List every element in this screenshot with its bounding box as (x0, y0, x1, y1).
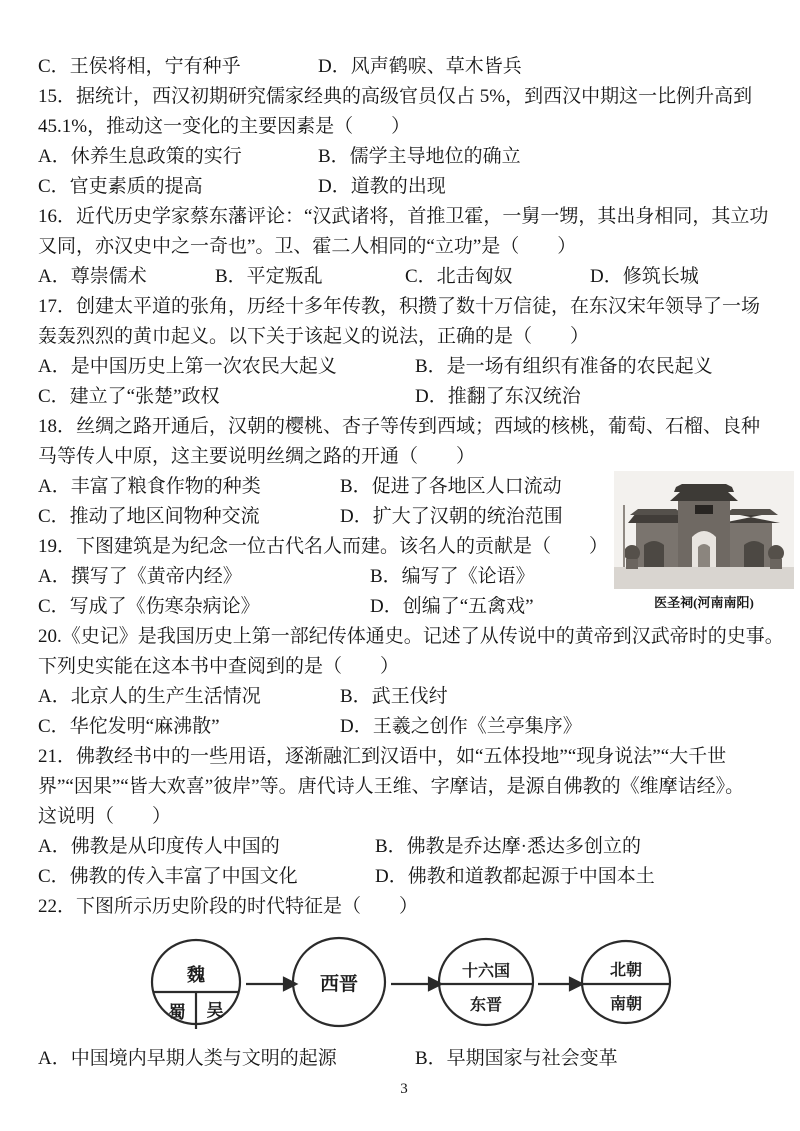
q21-options-ab: A．佛教是从印度传人中国的B．佛教是乔达摩·悉达多创立的 (38, 832, 770, 862)
diagram-label-northern-dynasties: 北朝 (610, 961, 642, 979)
diagram-label-sixteen-kingdoms: 十六国 (462, 961, 510, 980)
diagram-label-southern-dynasties: 南朝 (610, 994, 642, 1013)
q17-option-b: B．是一场有组织有准备的农民起义 (415, 352, 713, 382)
q19-option-a: A．撰写了《黄帝内经》 (38, 562, 370, 592)
q22-option-a: A．中国境内早期人类与文明的起源 (38, 1044, 415, 1074)
q14-option-c: C．王侯将相，宁有种乎 (38, 52, 318, 82)
q20-option-a: A．北京人的生产生活情况 (38, 682, 340, 712)
q14-option-d: D．风声鹤唳、草木皆兵 (318, 52, 522, 82)
dynasty-diagram-svg: 魏 蜀 吴 西晋 十六国 东晋 北朝 南朝 (134, 926, 674, 1042)
q15-option-a: A．休养生息政策的实行 (38, 142, 318, 172)
q21-option-d: D．佛教和道教都起源于中国本土 (375, 862, 655, 892)
q16-option-c: C．北击匈奴 (405, 262, 590, 292)
q17-options-cd: C．建立了“张楚”政权D．推翻了东汉统治 (38, 382, 770, 412)
shrine-photo-caption: 医圣祠(河南南阳) (613, 594, 795, 611)
q19-shrine-figure: 医圣祠(河南南阳) (613, 471, 795, 611)
q20-options-cd: C．华佗发明“麻沸散”D．王羲之创作《兰亭集序》 (38, 712, 770, 742)
q20-option-b: B．武王伐纣 (340, 682, 448, 712)
diagram-label-wei: 魏 (187, 964, 205, 985)
q17-options-ab: A．是中国历史上第一次农民大起义B．是一场有组织有准备的农民起义 (38, 352, 770, 382)
q16-option-a: A．尊崇儒术 (38, 262, 215, 292)
q16-option-d: D．修筑长城 (590, 262, 699, 292)
diagram-label-western-jin: 西晋 (320, 973, 358, 995)
q16-options-abcd: A．尊崇儒术B．平定叛乱C．北击匈奴D．修筑长城 (38, 262, 770, 292)
q20-options-ab: A．北京人的生产生活情况B．武王伐纣 (38, 682, 770, 712)
q18-option-a: A．丰富了粮食作物的种类 (38, 472, 340, 502)
q21-option-b: B．佛教是乔达摩·悉达多创立的 (375, 832, 641, 862)
q18-stem-line1: 18．丝绸之路开通后，汉朝的樱桃、杏子等传到西域；西域的核桃，葡萄、石榴、良种 (38, 412, 770, 442)
q20-option-c: C．华佗发明“麻沸散” (38, 712, 340, 742)
q15-options-cd: C．官吏素质的提高D．道教的出现 (38, 172, 770, 202)
q22-options-ab: A．中国境内早期人类与文明的起源B．早期国家与社会变革 (38, 1044, 770, 1074)
q18-option-d: D．扩大了汉朝的统治范围 (340, 502, 563, 532)
medical-sage-shrine-photo (614, 471, 794, 589)
q17-option-c: C．建立了“张楚”政权 (38, 382, 415, 412)
diagram-label-eastern-jin: 东晋 (470, 995, 502, 1014)
q15-options-ab: A．休养生息政策的实行B．儒学主导地位的确立 (38, 142, 770, 172)
q18-option-b: B．促进了各地区人口流动 (340, 472, 562, 502)
q21-options-cd: C．佛教的传入丰富了中国文化D．佛教和道教都起源于中国本土 (38, 862, 770, 892)
q21-stem-line2: 界”“因果”“皆大欢喜”彼岸”等。唐代诗人王维、字摩诘，是源自佛教的《维摩诘经》… (38, 772, 770, 802)
diagram-label-shu: 蜀 (169, 1002, 186, 1022)
q22-dynasty-succession-diagram: 魏 蜀 吴 西晋 十六国 东晋 北朝 南朝 (134, 926, 770, 1042)
q15-stem-line1: 15．据统计，西汉初期研究儒家经典的高级官员仅占 5%，到西汉中期这一比例升高到 (38, 82, 770, 112)
q15-option-d: D．道教的出现 (318, 172, 446, 202)
q15-stem-line2: 45.1%，推动这一变化的主要因素是（ ） (38, 112, 770, 142)
q20-stem-line1: 20.《史记》是我国历史上第一部纪传体通史。记述了从传说中的黄帝到汉武帝时的史事… (38, 622, 770, 652)
q22-option-b: B．早期国家与社会变革 (415, 1044, 618, 1074)
q16-stem-line1: 16．近代历史学家蔡东藩评论：“汉武诸将，首推卫霍，一舅一甥，其出身相同，其立功 (38, 202, 770, 232)
q18-option-c: C．推动了地区间物种交流 (38, 502, 340, 532)
q20-option-d: D．王羲之创作《兰亭集序》 (340, 712, 582, 742)
q21-stem-line3: 这说明（ ） (38, 802, 770, 832)
q17-stem-line1: 17．创建太平道的张角，历经十多年传教，积攒了数十万信徒，在东汉宋年领导了一场 (38, 292, 770, 322)
q20-stem-line2: 下列史实能在这本书中查阅到的是（ ） (38, 652, 770, 682)
q21-option-c: C．佛教的传入丰富了中国文化 (38, 862, 375, 892)
q19-option-c: C．写成了《伤寒杂病论》 (38, 592, 370, 622)
q17-option-a: A．是中国历史上第一次农民大起义 (38, 352, 415, 382)
q21-option-a: A．佛教是从印度传人中国的 (38, 832, 375, 862)
q18-stem-line2: 马等传人中原，这主要说明丝绸之路的开通（ ） (38, 442, 770, 472)
q15-option-b: B．儒学主导地位的确立 (318, 142, 521, 172)
q19-option-d: D．创编了“五禽戏” (370, 592, 534, 622)
page-number: 3 (38, 1078, 770, 1100)
q17-stem-line2: 轰轰烈烈的黄巾起义。以下关于该起义的说法，正确的是（ ） (38, 322, 770, 352)
diagram-label-wu: 吴 (207, 1001, 224, 1020)
q22-stem: 22．下图所示历史阶段的时代特征是（ ） (38, 892, 770, 922)
q15-option-c: C．官吏素质的提高 (38, 172, 318, 202)
q21-stem-line1: 21．佛教经书中的一些用语，逐渐融汇到汉语中，如“五体投地”“现身说法”“大千世 (38, 742, 770, 772)
q14-options-cd: C．王侯将相，宁有种乎D．风声鹤唳、草木皆兵 (38, 52, 770, 82)
q16-stem-line2: 又同，亦汉史中之一奇也”。卫、霍二人相同的“立功”是（ ） (38, 232, 770, 262)
q16-option-b: B．平定叛乱 (215, 262, 405, 292)
q17-option-d: D．推翻了东汉统治 (415, 382, 581, 412)
q19-option-b: B．编写了《论语》 (370, 562, 535, 592)
